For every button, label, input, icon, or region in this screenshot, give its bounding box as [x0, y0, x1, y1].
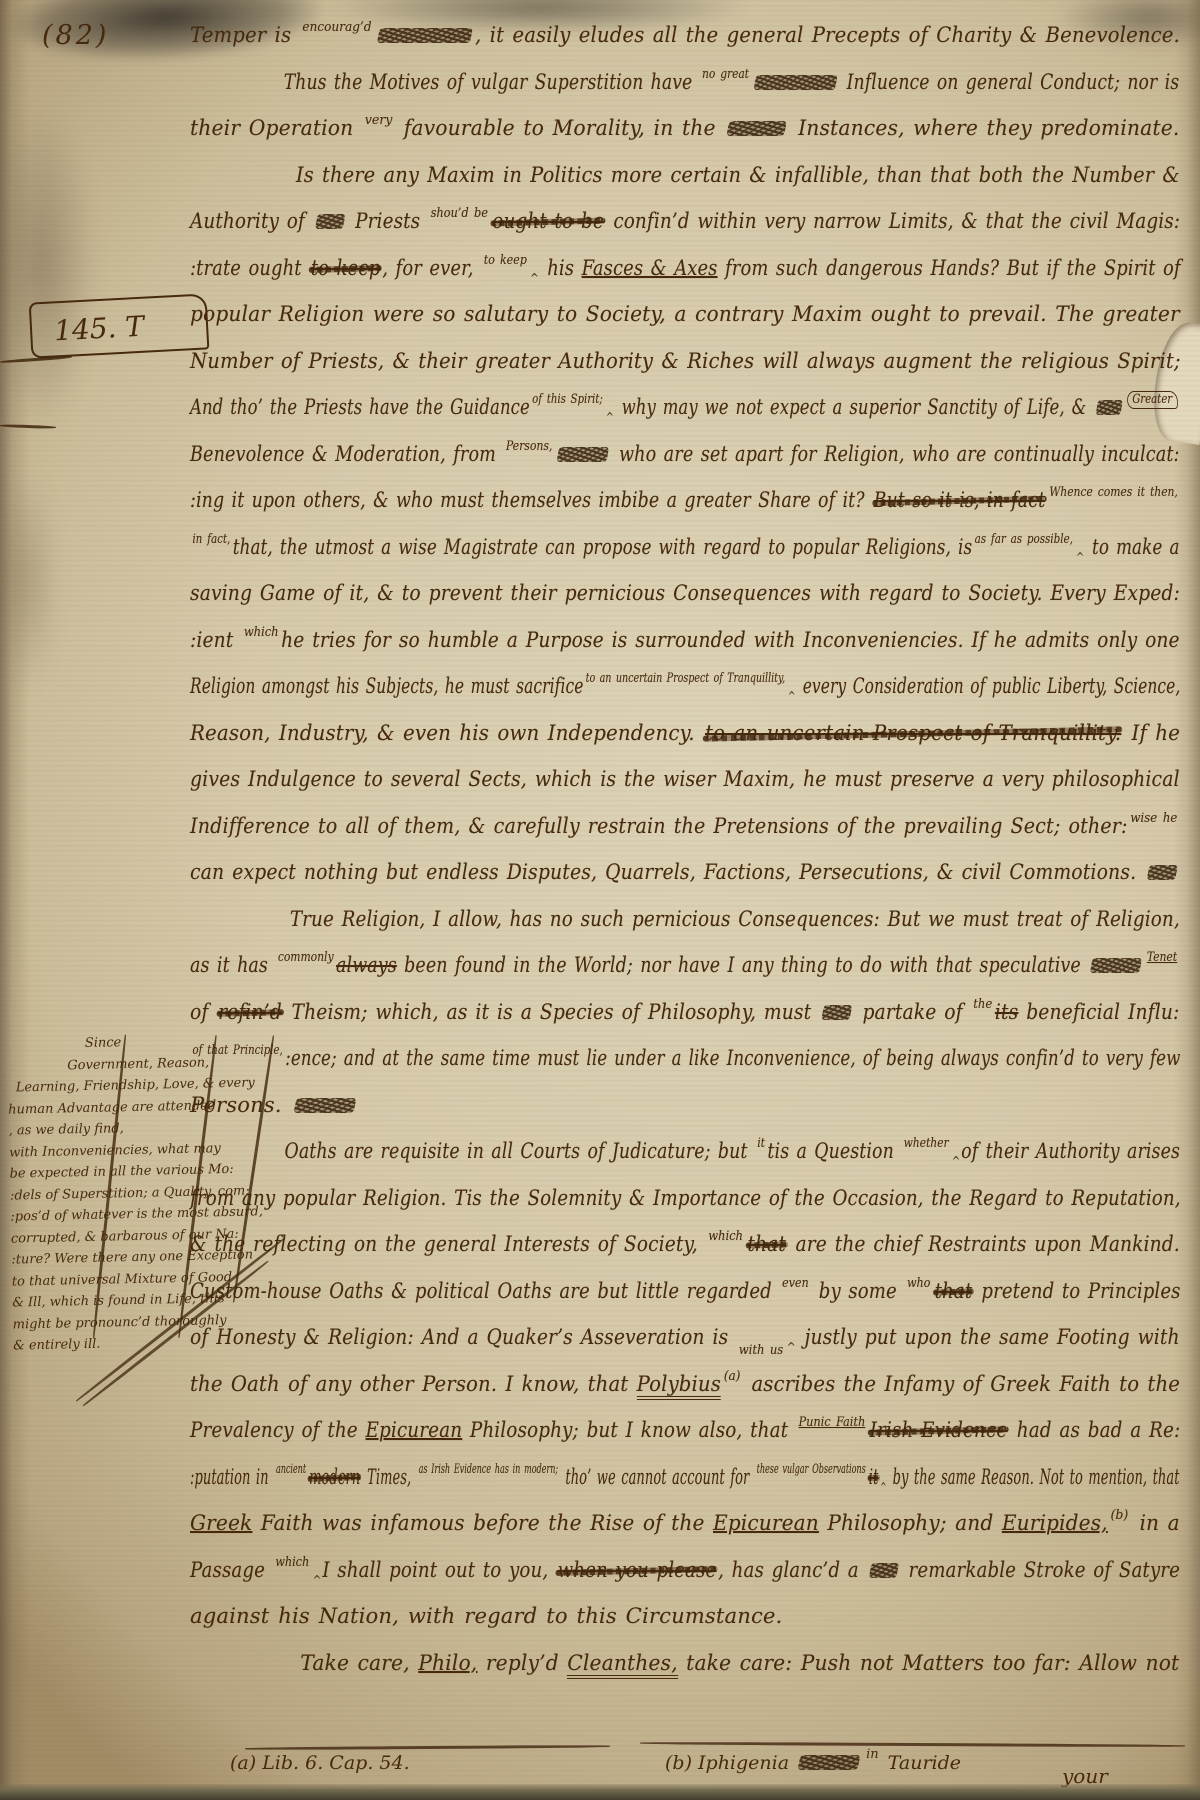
text-segment: his [540, 256, 582, 280]
inserted-text: the [973, 997, 992, 1012]
text-segment: partake of [855, 1000, 971, 1024]
deleted-text: Irish Evidence [870, 1418, 1008, 1442]
text-segment: who are set apart for Religion, who are … [612, 442, 1180, 466]
inserted-text: Tenet [1147, 950, 1177, 965]
text-segment: Custom-house Oaths & political Oaths are… [190, 1279, 779, 1303]
text-segment: popular Religion were so salutary to Soc… [190, 302, 1180, 326]
ink-blot [1090, 958, 1142, 973]
deleted-text: to keep [311, 256, 381, 280]
manuscript-line: Prevalency of the Epicurean Philosophy; … [190, 1407, 1051, 1454]
text-segment: Theism; which, as it is a Species of Phi… [284, 1000, 819, 1024]
inserted-text: (a) [724, 1369, 741, 1384]
text-segment: Polybius [637, 1372, 721, 1400]
inserted-text: Whence comes it then, [1049, 485, 1178, 500]
text-segment: against his Nation, with regard to this … [190, 1604, 782, 1628]
footnote-a: (a) Lib. 6. Cap. 54. [230, 1752, 410, 1774]
inserted-text: with us [739, 1343, 783, 1358]
manuscript-line: Temper is encourag’d, it easily eludes a… [190, 12, 1113, 59]
deleted-text: its [995, 1000, 1019, 1024]
deleted-text: But so it is, in fact [874, 488, 1046, 512]
text-segment: can expect nothing but endless Disputes,… [190, 860, 1144, 884]
manuscript-line: of that Principle,:ence; and at the same… [190, 1035, 970, 1082]
inserted-text: Persons, [506, 439, 552, 454]
manuscript-line: Persons. [190, 1082, 1180, 1129]
paragraph: Temper is encourag’d, it easily eludes a… [190, 12, 1180, 59]
text-segment: ascribes the Infamy of Greek Faith to th… [743, 1372, 1180, 1396]
text-segment: beneficial Influ: [1018, 1000, 1179, 1024]
text-segment: Passage [190, 1558, 273, 1582]
text-segment: Number of Priests, & their greater Autho… [190, 349, 1181, 373]
manuscript-line: in fact,that, the utmost a wise Magistra… [190, 524, 975, 571]
text-segment: Epicurean [713, 1511, 819, 1535]
text-segment: :ence; and at the same time must lie und… [285, 1046, 1180, 1070]
manuscript-line: of refin’d Theism; which, as it is a Spe… [190, 989, 1067, 1036]
text-segment: Times, [362, 1465, 417, 1489]
manuscript-line: Oaths are requisite in all Courts of Jud… [190, 1128, 1004, 1175]
text-segment: , has glanc’d a [718, 1558, 866, 1582]
deleted-text: refin’d [218, 1000, 282, 1024]
manuscript-line: Greek Faith was infamous before the Rise… [190, 1500, 1133, 1547]
inserted-text: these vulgar Observations [757, 1462, 866, 1477]
margin-note: SinceGovernment, Reason,Learning, Friend… [1, 1029, 266, 1357]
manuscript-text: Temper is encourag’d, it easily eludes a… [190, 12, 1180, 1686]
text-segment: by the same Reason. Not to mention, that [887, 1465, 1179, 1489]
text-segment: :ing it upon others, & who must themselv… [190, 488, 872, 512]
text-segment: Indifference to all of them, & carefully… [190, 814, 1128, 838]
inserted-text: commonly [278, 950, 334, 965]
manuscript-line: popular Religion were so salutary to Soc… [190, 291, 1137, 338]
text-segment: Epicurean [365, 1418, 462, 1442]
caret-mark: ^ [606, 410, 614, 424]
manuscript-line: their Operation very favourable to Moral… [190, 105, 1142, 152]
inserted-text: which [708, 1229, 743, 1244]
inserted-text: shou’d be [431, 206, 488, 221]
text-segment: tho’ we cannot account for [560, 1465, 755, 1489]
text-segment: why may we not expect a superior Sanctit… [615, 395, 1094, 419]
text-segment: Faith was infamous before the Rise of th… [252, 1511, 713, 1535]
manuscript-line: against his Nation, with regard to this … [190, 1593, 1180, 1640]
caret-mark: ^ [952, 1154, 960, 1168]
text-segment: Thus the Motives of vulgar Superstition … [284, 70, 700, 94]
text-segment: Benevolence & Moderation, from [190, 442, 503, 466]
manuscript-line: Take care, Philo, reply’d Cleanthes, tak… [190, 1640, 1139, 1687]
paragraph: Oaths are requisite in all Courts of Jud… [190, 1128, 1180, 1640]
ink-blot [821, 1005, 852, 1020]
manuscript-line: as it has commonlyalways been found in t… [190, 942, 1008, 989]
text-segment: Religion amongst his Subjects, he must s… [190, 674, 583, 698]
section-number-box: 145. T [29, 293, 210, 358]
text-segment: Fasces & Axes [582, 256, 718, 280]
ink-blot [726, 121, 787, 136]
inserted-text: in fact, [192, 532, 230, 547]
text-segment: take care: Push not Matters too far: All… [678, 1651, 1180, 1675]
inserted-text: of this Spirit; [532, 392, 603, 407]
deleted-text: modern [309, 1465, 360, 1489]
manuscript-line: Benevolence & Moderation, from Persons, … [190, 431, 1016, 478]
inserted-text: ancient [276, 1462, 306, 1477]
paragraph: Take care, Philo, reply’d Cleanthes, tak… [190, 1640, 1180, 1687]
text-segment: Greek [190, 1511, 252, 1535]
text-segment: remarkable Stroke of Satyre [901, 1558, 1180, 1582]
text-segment: Euripides, [1002, 1511, 1108, 1535]
text-segment: Is there any Maxim in Politics more cert… [296, 163, 1180, 187]
text-segment: he tries for so humble a Purpose is surr… [281, 628, 1180, 652]
manuscript-line: :ing it upon others, & who must themselv… [190, 477, 1005, 524]
text-segment: Tauride [882, 1752, 961, 1774]
inserted-text: to keep [484, 253, 527, 268]
deleted-text: to an uncertain Prospect of Tranquillity… [705, 721, 1121, 745]
deleted-text: always [336, 953, 397, 977]
text-segment: Philosophy; but I know also, that [462, 1418, 796, 1442]
text-segment: are the chief Restraints upon Mankind. [788, 1232, 1180, 1256]
manuscript-line: Reason, Industry, & even his own Indepen… [190, 710, 1120, 757]
inserted-text: encourag’d [302, 20, 371, 35]
text-segment: Temper is [190, 23, 299, 47]
text-segment: Take care, [300, 1651, 418, 1675]
text-segment: been found in the World; nor have I any … [397, 953, 1088, 977]
manuscript-line: Number of Priests, & their greater Autho… [190, 338, 1110, 385]
manuscript-line: saving Game of it, & to prevent their pe… [190, 570, 1067, 617]
text-segment: (b) Iphigenia [665, 1752, 795, 1774]
text-segment: Philo, [418, 1651, 477, 1675]
ink-blot [377, 28, 473, 43]
text-segment: Authority of [190, 209, 313, 233]
caret-mark: ^ [787, 1340, 796, 1354]
inserted-text: as Irish Evidence has in modern; [419, 1462, 558, 1477]
text-segment: that, the utmost a wise Magistrate can p… [233, 535, 972, 559]
paragraph: Is there any Maxim in Politics more cert… [190, 152, 1180, 896]
deleted-text: it [869, 1465, 879, 1489]
manuscript-line: And tho’ the Priests have the Guidanceof… [190, 384, 961, 431]
manuscript-line: :trate ought to keep, for ever, to keep^… [190, 245, 1030, 292]
ink-blot [315, 214, 346, 229]
paragraph: True Religion, I allow, has no such pern… [190, 896, 1180, 1129]
manuscript-line: Religion amongst his Subjects, he must s… [190, 663, 913, 710]
manuscript-line: Is there any Maxim in Politics more cert… [190, 152, 1102, 199]
text-segment: Priests [347, 209, 428, 233]
manuscript-line: from any popular Religion. Tis the Solem… [190, 1175, 1046, 1222]
text-segment: Cleanthes, [567, 1651, 677, 1679]
text-segment: justly put upon the same Footing with [797, 1325, 1180, 1349]
manuscript-line: True Religion, I allow, has no such pern… [190, 896, 1049, 943]
text-segment: confin’d within very narrow Limits, & th… [606, 209, 1181, 233]
text-segment: of their Authority arises [961, 1139, 1180, 1163]
inserted-text: as far as possible, [975, 532, 1073, 547]
text-segment: gives Indulgence to several Sects, which… [190, 767, 1180, 791]
text-segment: Reason, Industry, & even his own Indepen… [190, 721, 703, 745]
section-number: 145. T [53, 310, 145, 348]
inserted-text: which [244, 625, 279, 640]
footnote-rule [245, 1745, 610, 1750]
binding-edge [0, 0, 30, 1800]
manuscript-line: Custom-house Oaths & political Oaths are… [190, 1268, 1037, 1315]
deleted-text: when you please [558, 1558, 717, 1582]
inserted-text: (b) [1111, 1508, 1129, 1523]
manuscript-line: :ient whichhe tries for so humble a Purp… [190, 617, 1063, 664]
ink-blot [798, 1755, 861, 1770]
text-segment: tis a Question [767, 1139, 901, 1163]
text-segment: of [190, 1000, 216, 1024]
text-segment: , for ever, [382, 256, 481, 280]
text-segment: True Religion, I allow, has no such pern… [290, 907, 1180, 931]
text-segment: (a) Lib. 6. Cap. 54. [230, 1752, 410, 1774]
manuscript-page: (82) 145. T Temper is encourag’d, it eas… [0, 0, 1200, 1800]
page-number: (82) [42, 20, 109, 51]
text-segment: pretend to Principles [974, 1279, 1181, 1303]
ink-blot [557, 447, 610, 462]
caret-mark: ^ [880, 1480, 886, 1494]
manuscript-line: can expect nothing but endless Disputes,… [190, 849, 1073, 896]
ink-blot [753, 75, 837, 90]
text-segment: reply’d [477, 1651, 567, 1675]
text-segment: If he [1123, 721, 1180, 745]
caret-mark: ^ [1076, 550, 1084, 564]
text-segment: in a [1131, 1511, 1180, 1535]
ink-blot [293, 1098, 356, 1113]
ink-blot [868, 1563, 898, 1578]
inserted-text: to an uncertain Prospect of Tranquillity… [586, 671, 785, 686]
manuscript-line: Authority of Priests shou’d beought to b… [190, 198, 1052, 245]
manuscript-line: Indifference to all of them, & carefully… [190, 803, 1086, 850]
text-segment: I shall point out to you, [322, 1558, 556, 1582]
text-segment: favourable to Morality, in the [395, 116, 724, 140]
photo-edge [0, 1784, 1200, 1800]
inserted-text: no great [702, 67, 749, 82]
text-segment: to make a [1085, 535, 1180, 559]
inserted-text: in [866, 1747, 879, 1762]
caret-mark: ^ [313, 1573, 322, 1587]
inserted-text: wise he [1130, 811, 1177, 826]
text-segment: every Consideration of public Liberty, S… [796, 674, 1180, 698]
text-segment: Influence on general Conduct; nor is [839, 70, 1179, 94]
deleted-text: ought to be [492, 209, 604, 233]
text-segment: saving Game of it, & to prevent their pe… [190, 581, 1180, 605]
inserted-text: whether [904, 1136, 949, 1151]
inserted-text: who [907, 1276, 930, 1291]
text-segment: :trate ought [190, 256, 309, 280]
caret-mark: ^ [530, 271, 539, 285]
manuscript-line: Passage which^I shall point out to you, … [190, 1547, 1043, 1594]
text-segment: of Honesty & Religion: And a Quaker’s As… [190, 1325, 736, 1349]
text-segment: their Operation [190, 116, 362, 140]
footnote-b: (b) Iphigenia in Tauride [665, 1752, 961, 1774]
ink-blot [1095, 400, 1122, 415]
caret-mark: ^ [788, 689, 795, 703]
manuscript-line: gives Indulgence to several Sects, which… [190, 756, 1072, 803]
text-segment: the Oath of any other Person. I know, th… [190, 1372, 637, 1396]
text-segment: as it has [190, 953, 275, 977]
manuscript-line: & the reflecting on the general Interest… [190, 1221, 1063, 1268]
inserted-text: even [782, 1276, 809, 1291]
inserted-text: Punic Faith [798, 1415, 865, 1430]
inserted-text: Greater [1127, 391, 1178, 409]
deleted-text: that [747, 1232, 786, 1256]
manuscript-line: the Oath of any other Person. I know, th… [190, 1361, 1112, 1408]
text-segment: And tho’ the Priests have the Guidance [190, 395, 530, 419]
ink-blot [1146, 865, 1177, 880]
manuscript-line: :putation in ancientmodern Times, as Iri… [190, 1454, 800, 1501]
inserted-text: very [365, 113, 393, 128]
text-segment: from any popular Religion. Tis the Solem… [190, 1186, 1181, 1210]
text-segment: Oaths are requisite in all Courts of Jud… [285, 1139, 755, 1163]
text-segment: from such dangerous Hands? But if the Sp… [717, 256, 1180, 280]
text-segment: by some [811, 1279, 904, 1303]
deleted-text: that [935, 1279, 972, 1303]
manuscript-line: of Honesty & Religion: And a Quaker’s As… [190, 1314, 1067, 1361]
footnote-rule [640, 1742, 1185, 1747]
inserted-text: which [275, 1555, 309, 1570]
text-segment: :ient [190, 628, 241, 652]
text-segment: had as bad a Re: [1009, 1418, 1180, 1442]
manuscript-line: Thus the Motives of vulgar Superstition … [190, 59, 997, 106]
text-segment: , it easily eludes all the general Prece… [475, 23, 1180, 47]
text-segment: Philosophy; and [819, 1511, 1002, 1535]
text-segment: :putation in [190, 1465, 274, 1489]
inserted-text: it [757, 1136, 765, 1151]
text-segment: Prevalency of the [190, 1418, 365, 1442]
text-segment: Instances, where they predominate. [790, 116, 1180, 140]
paragraph: Thus the Motives of vulgar Superstition … [190, 59, 1180, 152]
